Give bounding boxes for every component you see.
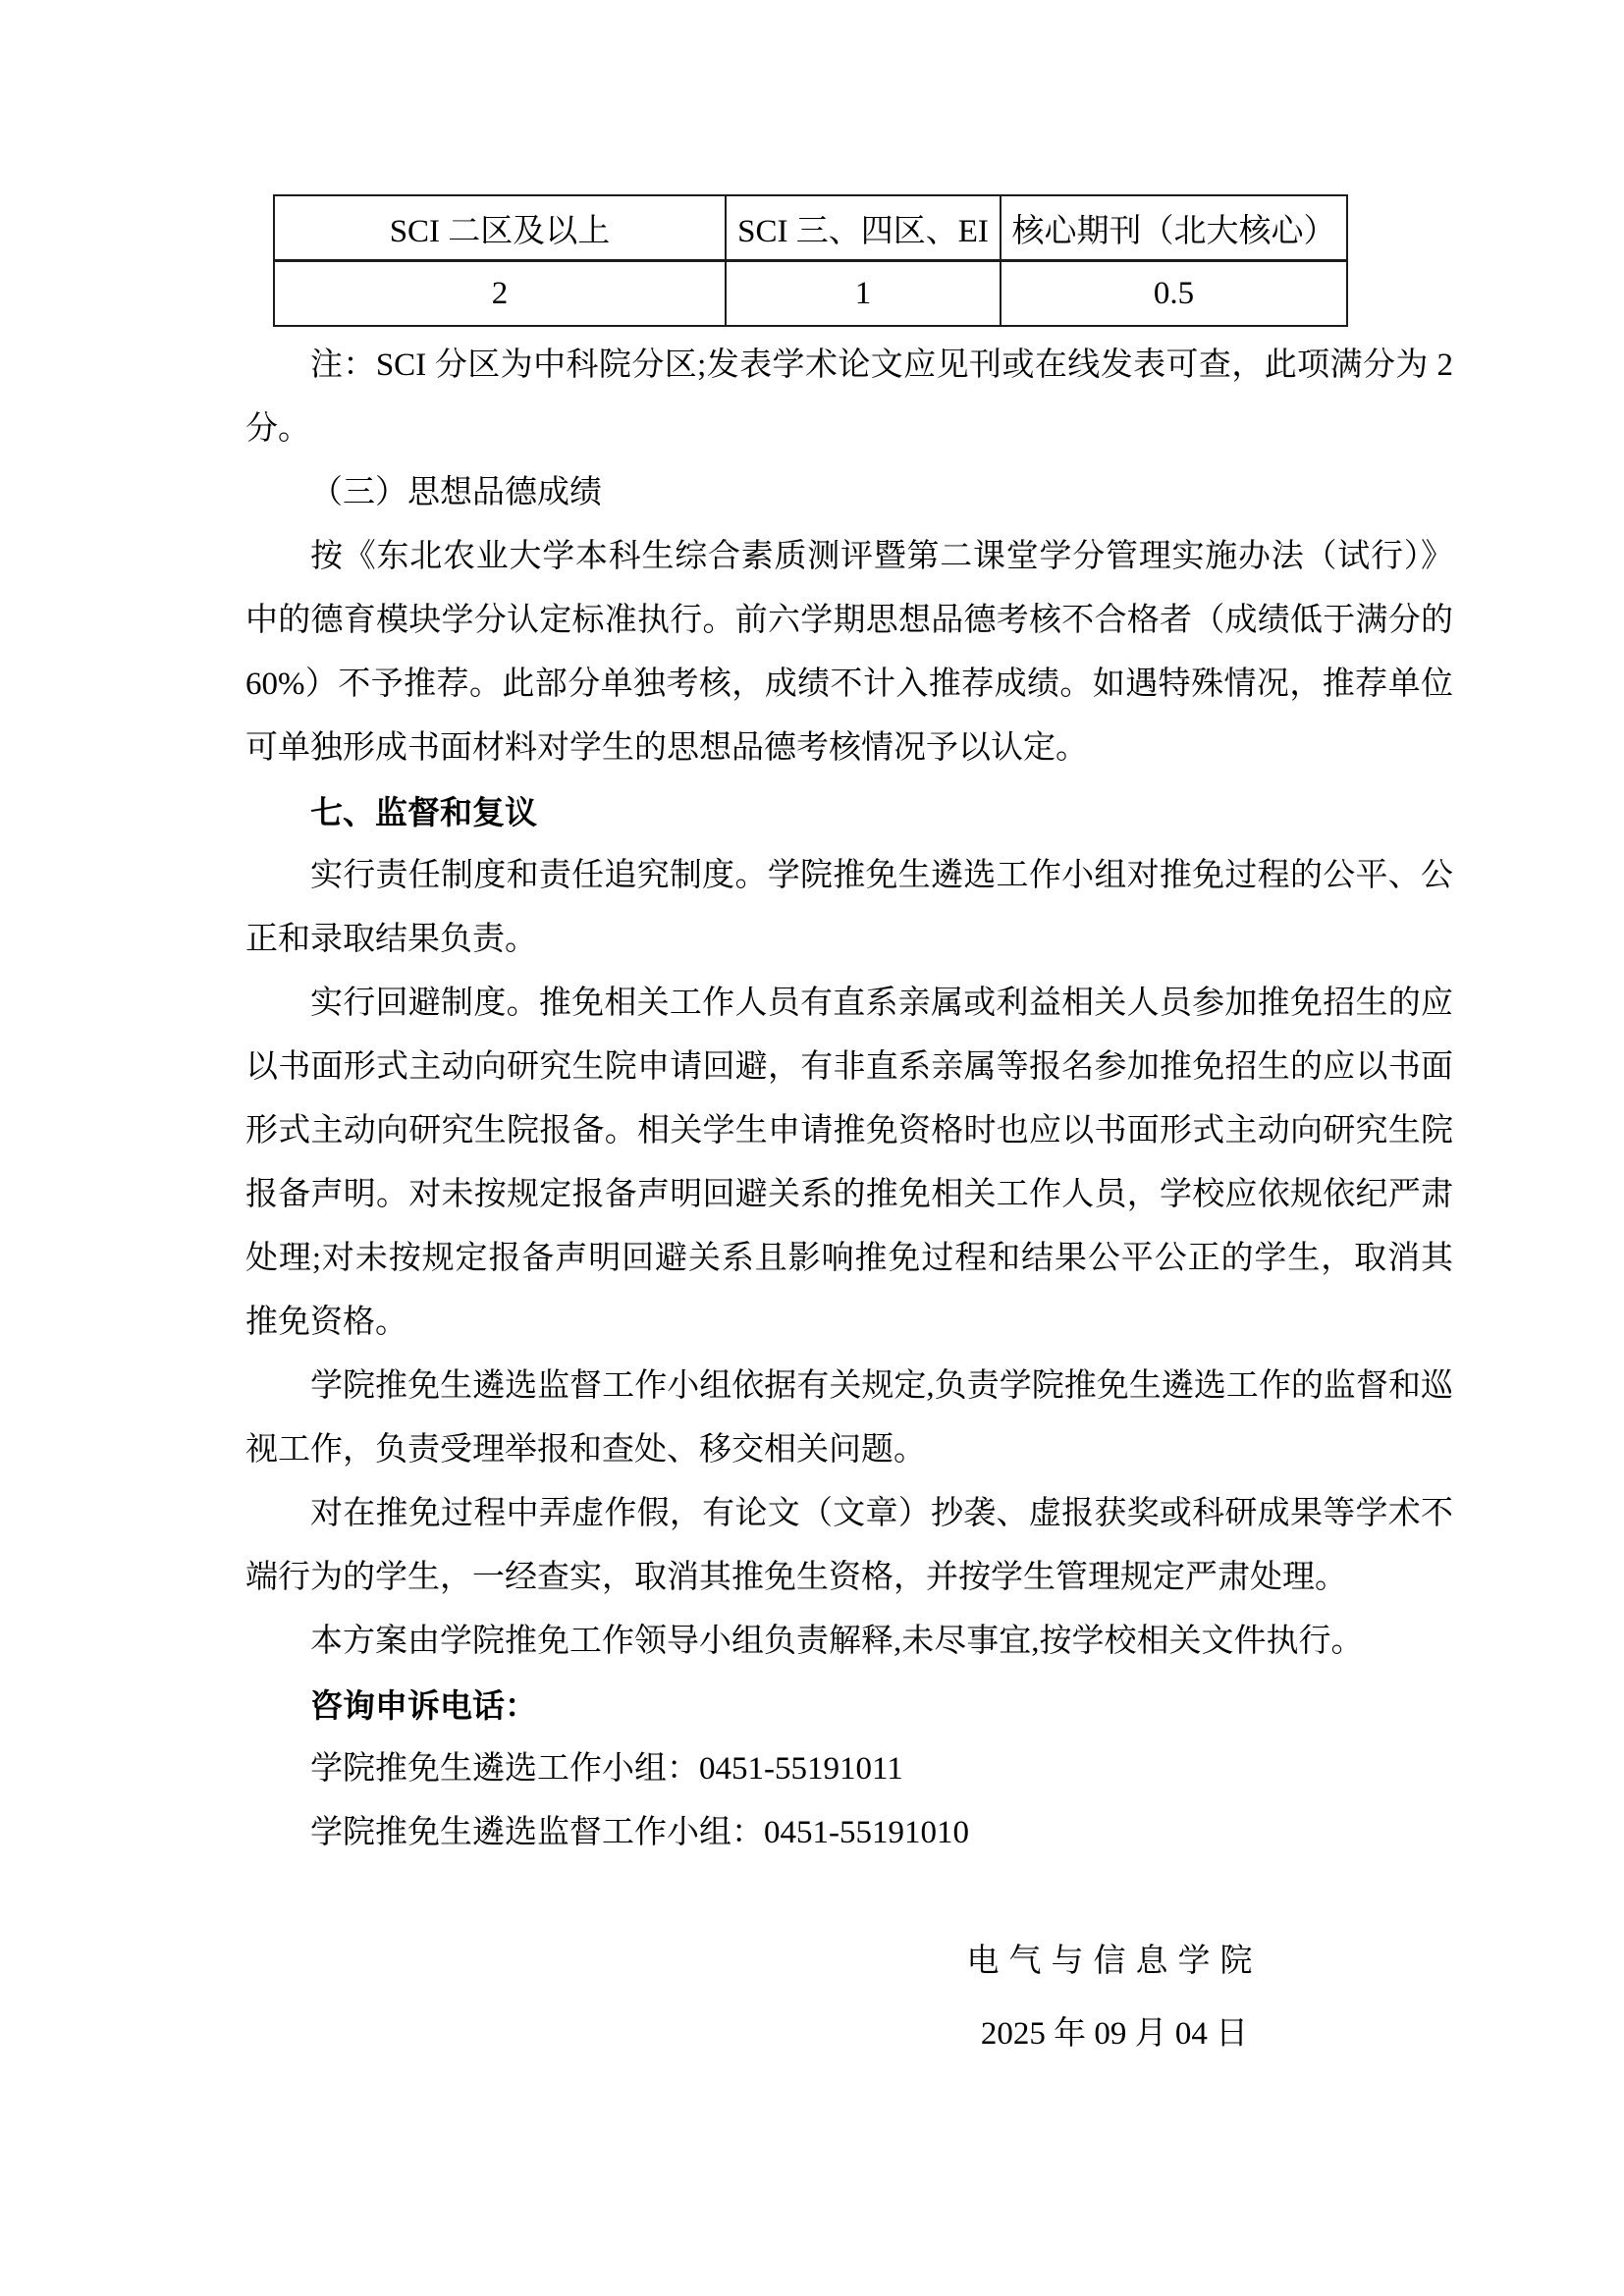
table-cell: 1 (726, 261, 1001, 327)
paragraph: 学院推免生遴选监督工作小组依据有关规定,负责学院推免生遴选工作的监督和巡视工作，… (245, 1355, 1453, 1482)
paragraph: 实行回避制度。推免相关工作人员有直系亲属或利益相关人员参加推免招生的应以书面形式… (245, 972, 1453, 1355)
subsection-heading: （三）思想品德成绩 (245, 461, 1453, 525)
paragraph: 实行责任制度和责任追究制度。学院推免生遴选工作小组对推免过程的公平、公正和录取结… (245, 844, 1453, 972)
note-paragraph: 注：SCI 分区为中科院分区;发表学术论文应见刊或在线发表可查，此项满分为 2 … (245, 334, 1453, 461)
phone-line-selection-group: 学院推免生遴选工作小组：0451-55191011 (245, 1737, 1453, 1801)
document-page: SCI 二区及以上 SCI 三、四区、EI 核心期刊（北大核心） 2 1 0.5… (0, 0, 1624, 2296)
journal-score-table: SCI 二区及以上 SCI 三、四区、EI 核心期刊（北大核心） 2 1 0.5 (273, 194, 1348, 327)
section-heading-supervision: 七、监督和复议 (245, 780, 1453, 844)
signature-organization: 电气与信息学院 (903, 1930, 1326, 1994)
table-value-row: 2 1 0.5 (274, 261, 1347, 327)
table-header-cell: 核心期刊（北大核心） (1001, 195, 1347, 261)
body-text: 注：SCI 分区为中科院分区;发表学术论文应见刊或在线发表可查，此项满分为 2 … (245, 334, 1453, 1865)
table-header-cell: SCI 三、四区、EI (726, 195, 1001, 261)
phone-heading: 咨询申诉电话： (245, 1674, 1453, 1737)
table-header-cell: SCI 二区及以上 (274, 195, 726, 261)
table-cell: 0.5 (1001, 261, 1347, 327)
paragraph: 按《东北农业大学本科生综合素质测评暨第二课堂学分管理实施办法（试行）》中的德育模… (245, 525, 1453, 780)
phone-line-supervision-group: 学院推免生遴选监督工作小组：0451-55191010 (245, 1801, 1453, 1865)
paragraph: 对在推免过程中弄虚作假，有论文（文章）抄袭、虚报获奖或科研成果等学术不端行为的学… (245, 1482, 1453, 1610)
table-cell: 2 (274, 261, 726, 327)
table-header-row: SCI 二区及以上 SCI 三、四区、EI 核心期刊（北大核心） (274, 195, 1347, 261)
signature-date: 2025 年 09 月 04 日 (903, 2002, 1326, 2066)
paragraph: 本方案由学院推免工作领导小组负责解释,未尽事宜,按学校相关文件执行。 (245, 1610, 1453, 1674)
